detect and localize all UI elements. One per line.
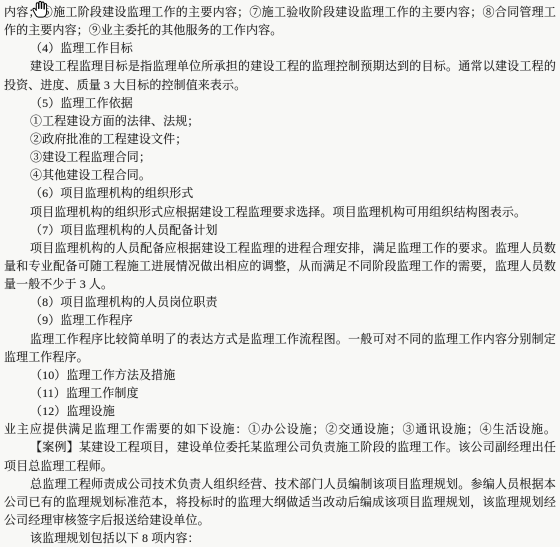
text-line: 【案例】某建设工程项目，建设单位委托某监理公司负责施工阶段的监理工作。该公司副经… bbox=[4, 438, 556, 456]
text-line: 项目监理机构的人员配备应根据建设工程监理的进程合理安排，满足监理工作的要求。监理… bbox=[4, 239, 556, 257]
text-line: 量一般不少于 3 人。 bbox=[4, 275, 556, 293]
text-line: 监理工作程序。 bbox=[4, 348, 556, 366]
document-body: 内容；⑥施工阶段建设监理工作的主要内容；⑦施工验收阶段建设监理工作的主要内容；⑧… bbox=[4, 3, 556, 547]
text-line: （5）监理工作依据 bbox=[4, 94, 556, 112]
text-line: 内容；⑥施工阶段建设监理工作的主要内容；⑦施工验收阶段建设监理工作的主要内容；⑧… bbox=[4, 3, 556, 21]
text-line: （12）监理设施 bbox=[4, 402, 556, 420]
scanned-document-page: 内容；⑥施工阶段建设监理工作的主要内容；⑦施工验收阶段建设监理工作的主要内容；⑧… bbox=[0, 0, 560, 547]
text-line: ④其他建设工程合同。 bbox=[4, 166, 556, 184]
text-line: 公司经理审核签字后报送给建设单位。 bbox=[4, 511, 556, 529]
text-line: 业主应提供满足监理工作需要的如下设施：①办公设施；②交通设施；③通讯设施；④生活… bbox=[4, 420, 556, 438]
text-line: 投资、进度、质量 3 大目标的控制值来表示。 bbox=[4, 76, 556, 94]
text-line: （11）监理工作制度 bbox=[4, 384, 556, 402]
text-line: 作的主要内容；⑨业主委托的其他服务的工作内容。 bbox=[4, 21, 556, 39]
text-line: （10）监理工作方法及措施 bbox=[4, 366, 556, 384]
text-line: 项目监理机构的组织形式应根据建设工程监理要求选择。项目监理机构可用组织结构图表示… bbox=[4, 203, 556, 221]
text-line: （4）监理工作目标 bbox=[4, 39, 556, 57]
text-line: 量和专业配备可随工程施工进展情况做出相应的调整，从而满足不同阶段监理工作的需要，… bbox=[4, 257, 556, 275]
text-line: 建设工程监理目标是指监理单位所承担的建设工程的监理控制预期达到的目标。通常以建设… bbox=[4, 57, 556, 75]
text-line: ①工程建设方面的法律、法规； bbox=[4, 112, 556, 130]
text-line: （9）监理工作程序 bbox=[4, 311, 556, 329]
text-line: ②政府批准的工程建设文件； bbox=[4, 130, 556, 148]
text-line: 项目总监理工程师。 bbox=[4, 457, 556, 475]
text-line: ③建设工程监理合同； bbox=[4, 148, 556, 166]
text-line: （6）项目监理机构的组织形式 bbox=[4, 184, 556, 202]
text-line: （8）项目监理机构的人员岗位职责 bbox=[4, 293, 556, 311]
text-line: （7）项目监理机构的人员配备计划 bbox=[4, 221, 556, 239]
text-line: 监理工作程序比较简单明了的表达方式是监理工作流程图。一般可对不同的监理工作内容分… bbox=[4, 330, 556, 348]
text-line: 公司已有的监理规划标准范本，将投标时的监理大纲做适当改动后编成该项目监理规划，该… bbox=[4, 493, 556, 511]
text-line: 该监理规划包括以下 8 项内容： bbox=[4, 529, 556, 547]
text-line: 总监理工程师责成公司技术负责人组织经营、技术部门人员编制该项目监理规划。参编人员… bbox=[4, 475, 556, 493]
